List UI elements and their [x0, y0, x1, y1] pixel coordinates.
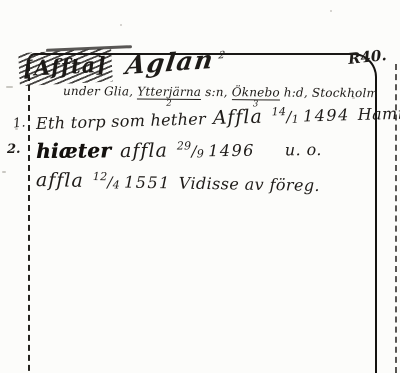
ink-smudge: [46, 45, 132, 52]
parish-name-text: Ytterjärna: [137, 85, 201, 99]
struck-headword-text: [Affta]: [22, 52, 107, 81]
date-day: 14: [271, 105, 286, 118]
entry-date: 12/41551: [93, 172, 171, 192]
name-form: affla: [36, 169, 84, 192]
date-month: 1: [292, 113, 300, 126]
location-prefix: under Glia,: [63, 84, 137, 99]
card-border: [28, 53, 377, 373]
district-suffix: h:d,: [280, 86, 312, 100]
date-month: 9: [197, 147, 204, 160]
reference-mark: R40.: [347, 46, 387, 68]
paper-speck: [330, 10, 332, 12]
entry-text: Eth torp som hether: [36, 109, 206, 133]
date-year: 1496: [208, 141, 255, 160]
parish-suffix: s:n,: [201, 85, 232, 99]
paper-speck: [2, 171, 6, 173]
entry-source: u. o.: [285, 140, 322, 159]
date-year: 1551: [124, 173, 171, 193]
paper-speck: [120, 24, 122, 26]
margin-number-2: 2.: [7, 142, 21, 157]
struck-headword: [Affta]: [22, 52, 107, 81]
location-line: under Glia, Ytterjärna2 s:n, Öknebo3 h:d…: [63, 84, 378, 101]
margin-number-1: 1.: [12, 115, 26, 131]
entry-date: 14/11494: [271, 105, 350, 126]
date-year: 1494: [303, 105, 350, 125]
paper-speck: [6, 86, 13, 88]
date-day: 12: [93, 170, 108, 183]
entry-source: Hammersta: [357, 102, 400, 124]
place-name-index: 2: [218, 50, 227, 62]
entry-date: 29/91496: [177, 141, 255, 161]
entry-text-bold: hiæter: [36, 138, 111, 163]
district-name-text: Öknebo: [232, 85, 280, 99]
parish-name: Ytterjärna2: [137, 85, 201, 100]
entry-source: Vidisse av föreg.: [179, 173, 321, 194]
scanned-archive-card: [Affta] Aglan2 R40. under Glia, Ytterjär…: [0, 0, 400, 373]
county-name: Stockholm: [312, 86, 378, 100]
name-form: affla: [120, 140, 168, 162]
name-form: Affla: [213, 106, 263, 129]
district-name: Öknebo3: [232, 85, 280, 100]
record-entry-2: hiæteraffla29/91496u. o.: [36, 136, 322, 163]
date-month: 4: [113, 178, 121, 191]
date-day: 29: [177, 139, 192, 152]
